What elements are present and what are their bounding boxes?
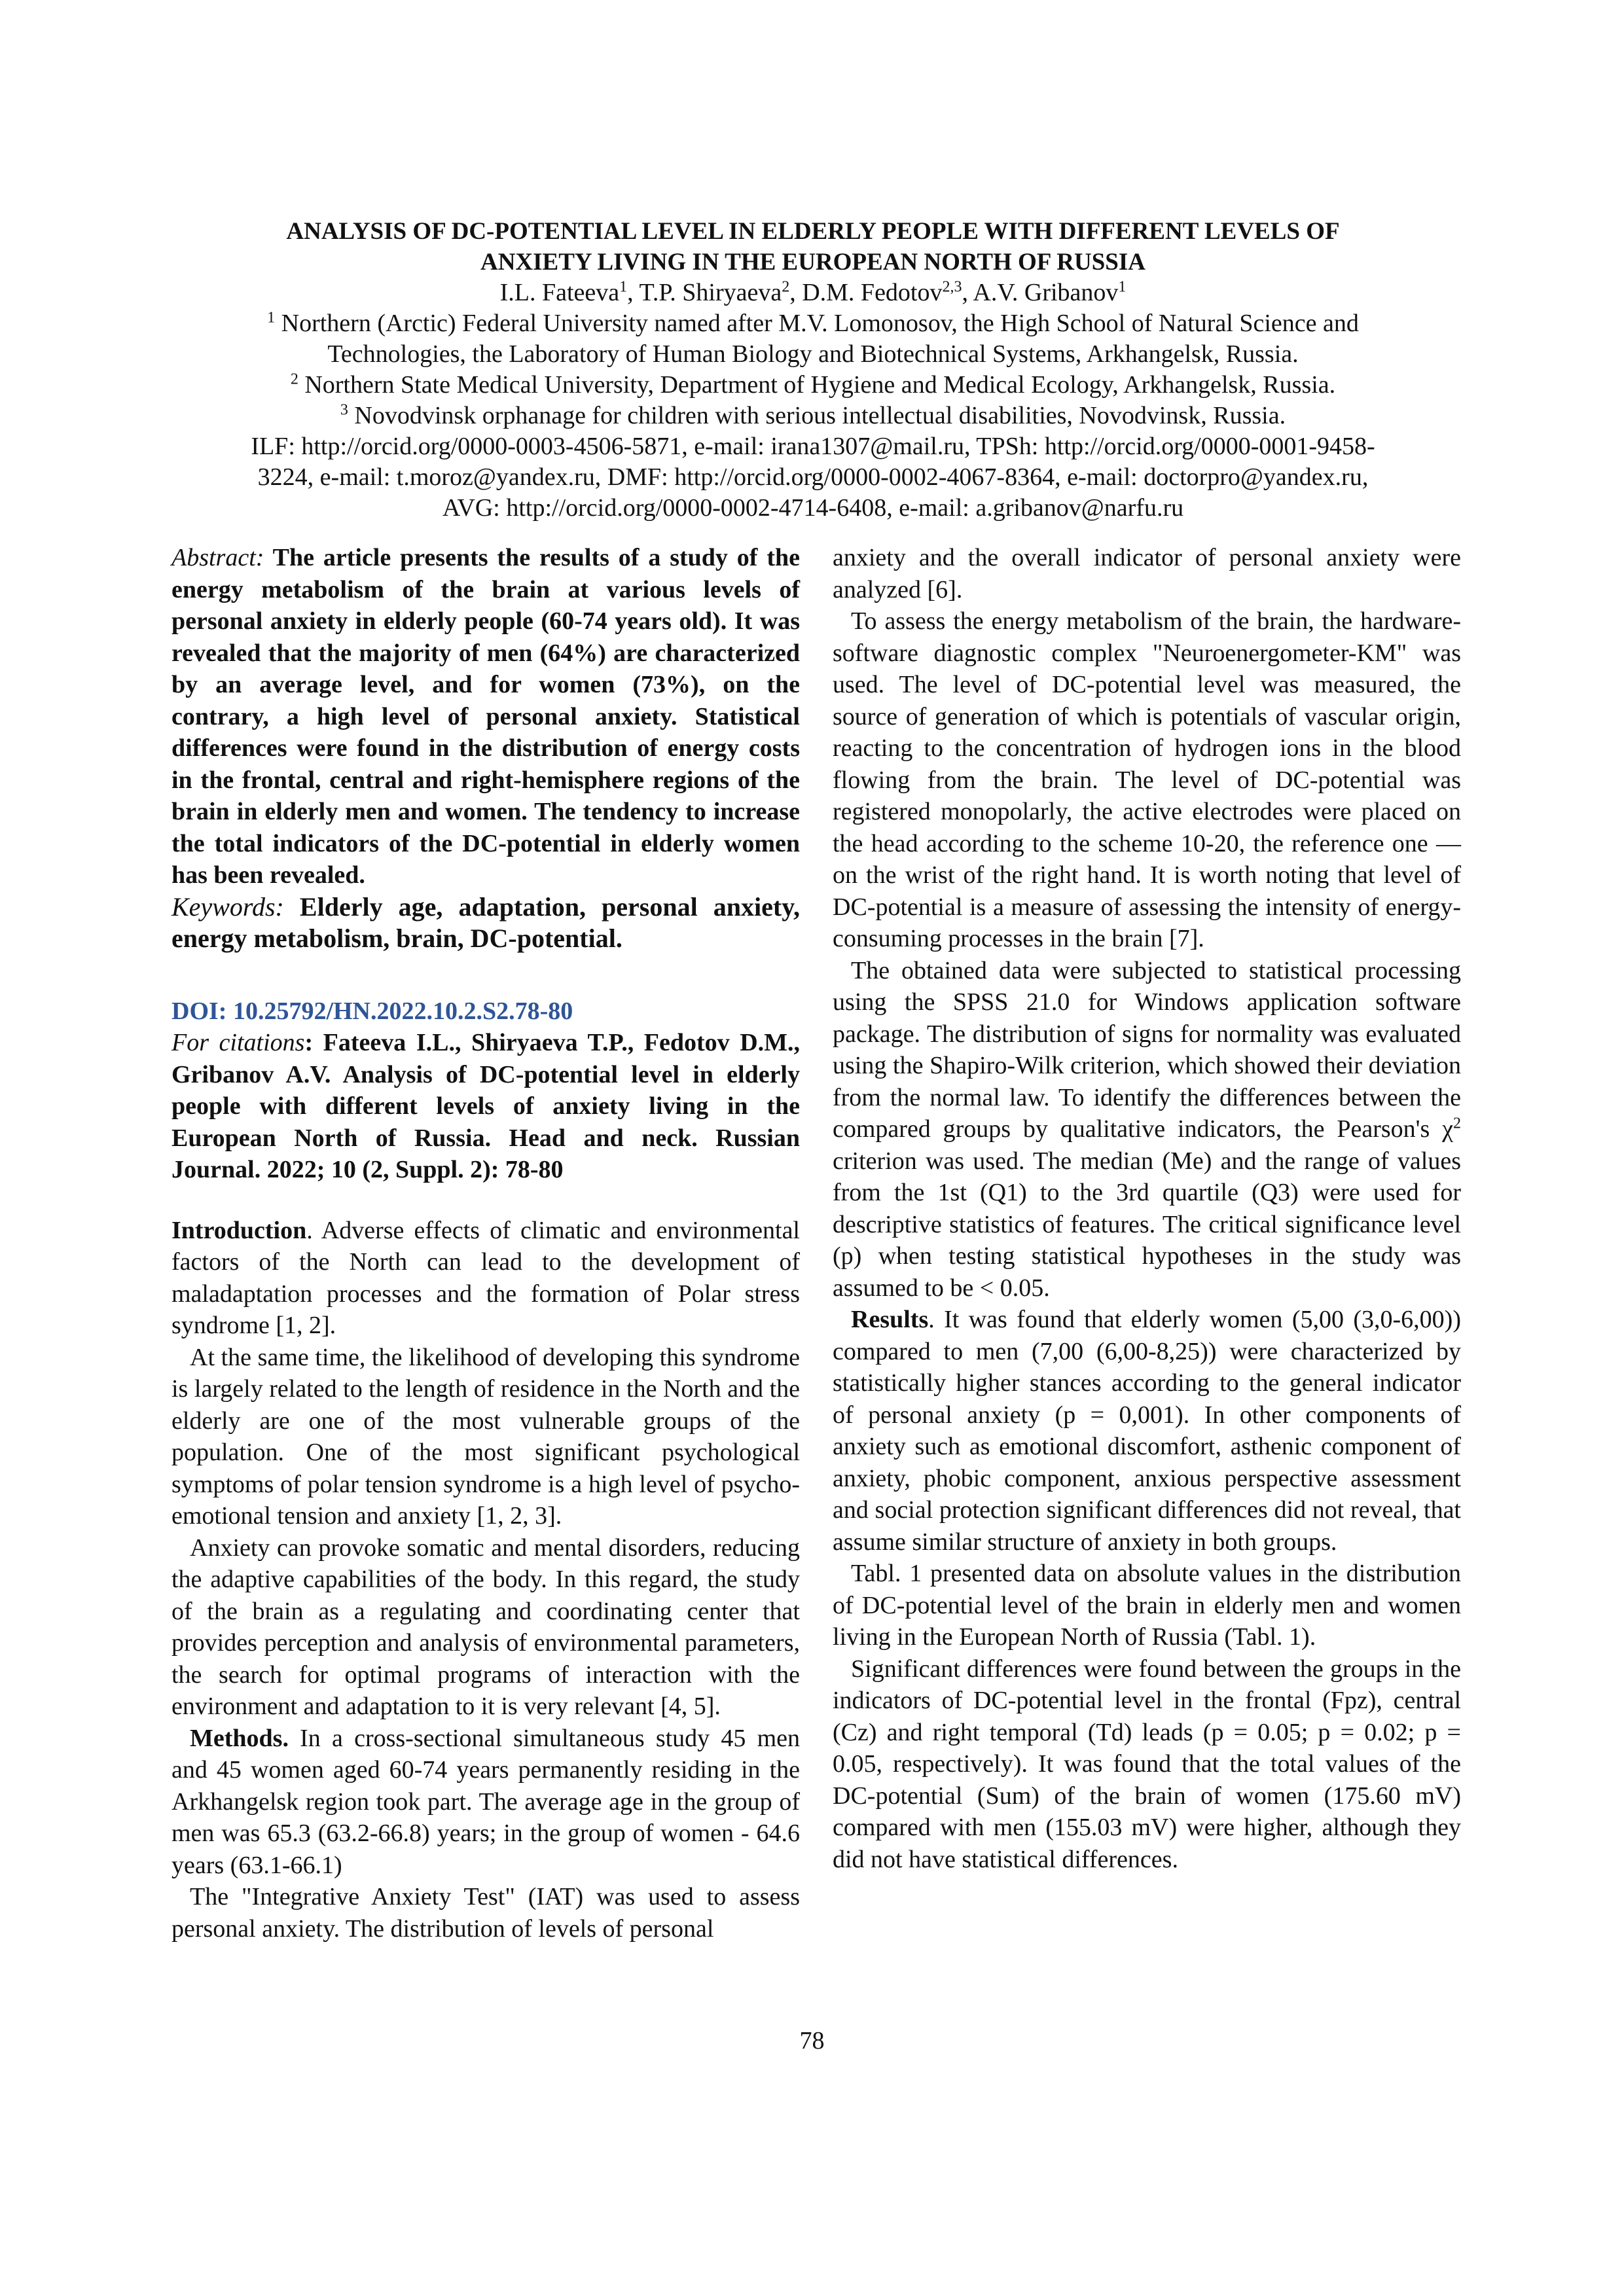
left-column: Abstract: The article presents the resul… [171, 542, 800, 1945]
keywords: Keywords: Elderly age, adaptation, perso… [171, 891, 800, 955]
abstract-label: Abstract: [171, 544, 264, 571]
author-affiliation-mark: 1 [1118, 278, 1126, 295]
body-paragraph: At the same time, the likelihood of deve… [171, 1342, 800, 1532]
contacts-line: 3224, e-mail: t.moroz@yandex.ru, DMF: ht… [258, 463, 1369, 491]
body-paragraph: Anxiety can provoke somatic and mental d… [171, 1532, 800, 1723]
contacts-line: ILF: http://orcid.org/0000-0003-4506-587… [251, 433, 1375, 460]
affiliation-2: 2 Northern State Medical University, Dep… [171, 370, 1454, 401]
affiliation-text: Northern State Medical University, Depar… [298, 371, 1335, 399]
paper-header: ANALYSIS OF DC-POTENTIAL LEVEL IN ELDERL… [171, 216, 1454, 524]
citation-label: For citations [171, 1029, 304, 1056]
affiliation-mark: 3 [340, 401, 348, 418]
author-name: I.L. Fateeva [500, 279, 620, 306]
superscript: 2 [1453, 1115, 1461, 1132]
paragraph-text: The obtained data were subjected to stat… [833, 957, 1461, 1143]
page-number: 78 [0, 2026, 1624, 2055]
affiliation-mark: 1 [267, 309, 275, 326]
paper-title: ANALYSIS OF DC-POTENTIAL LEVEL IN ELDERL… [171, 216, 1454, 278]
introduction-heading: Introduction [171, 1217, 306, 1244]
body-paragraph: To assess the energy metabolism of the b… [833, 605, 1461, 955]
author-affiliation-mark: 2 [782, 278, 789, 295]
author-name: D.M. Fedotov [802, 279, 942, 306]
paper-page: ANALYSIS OF DC-POTENTIAL LEVEL IN ELDERL… [0, 0, 1624, 2296]
author-list: I.L. Fateeva1, T.P. Shiryaeva2, D.M. Fed… [171, 278, 1454, 308]
paragraph-text: . It was found that elderly women (5,00 … [833, 1306, 1461, 1556]
contacts-line: AVG: http://orcid.org/0000-0002-4714-640… [442, 494, 1183, 522]
citation: For citations: Fateeva I.L., Shiryaeva T… [171, 1027, 800, 1186]
doi-link[interactable]: DOI: 10.25792/HN.2022.10.2.S2.78-80 [171, 996, 800, 1028]
author-separator: , [789, 279, 802, 306]
body-paragraph: Tabl. 1 presented data on absolute value… [833, 1558, 1461, 1653]
affiliation-text: Northern (Arctic) Federal University nam… [275, 310, 1359, 337]
author-affiliation-mark: 2,3 [943, 278, 962, 295]
affiliation-3: 3 Novodvinsk orphanage for children with… [171, 401, 1454, 431]
paragraph-text: criterion was used. The median (Me) and … [833, 1147, 1461, 1302]
affiliation-1: 1 Northern (Arctic) Federal University n… [171, 308, 1454, 370]
statistics-paragraph: The obtained data were subjected to stat… [833, 955, 1461, 1304]
abstract-text: The article presents the results of a st… [171, 544, 800, 889]
results-paragraph: Results. It was found that elderly women… [833, 1304, 1461, 1558]
methods-paragraph: Methods. In a cross-sectional simultaneo… [171, 1723, 800, 1882]
author-name: A.V. Gribanov [973, 279, 1118, 306]
results-heading: Results [851, 1306, 928, 1333]
author-name: T.P. Shiryaeva [639, 279, 782, 306]
body-paragraph: anxiety and the overall indicator of per… [833, 542, 1461, 605]
author-separator: , [627, 279, 639, 306]
affiliation-text: Technologies, the Laboratory of Human Bi… [327, 340, 1298, 368]
body-paragraph: Significant differences were found betwe… [833, 1653, 1461, 1876]
introduction-paragraph: Introduction. Adverse effects of climati… [171, 1215, 800, 1342]
title-line-1: ANALYSIS OF DC-POTENTIAL LEVEL IN ELDERL… [286, 218, 1339, 245]
author-separator: , [962, 279, 973, 306]
keywords-label: Keywords: [171, 892, 284, 922]
author-affiliation-mark: 1 [619, 278, 627, 295]
affiliation-text: Novodvinsk orphanage for children with s… [348, 402, 1286, 429]
affiliation-mark: 2 [291, 370, 298, 387]
author-contacts: ILF: http://orcid.org/0000-0003-4506-587… [171, 431, 1454, 524]
methods-heading: Methods. [190, 1725, 289, 1752]
body-paragraph: The "Integrative Anxiety Test" (IAT) was… [171, 1881, 800, 1945]
abstract: Abstract: The article presents the resul… [171, 542, 800, 891]
title-line-2: ANXIETY LIVING IN THE EUROPEAN NORTH OF … [480, 249, 1146, 276]
right-column: anxiety and the overall indicator of per… [833, 542, 1461, 1875]
